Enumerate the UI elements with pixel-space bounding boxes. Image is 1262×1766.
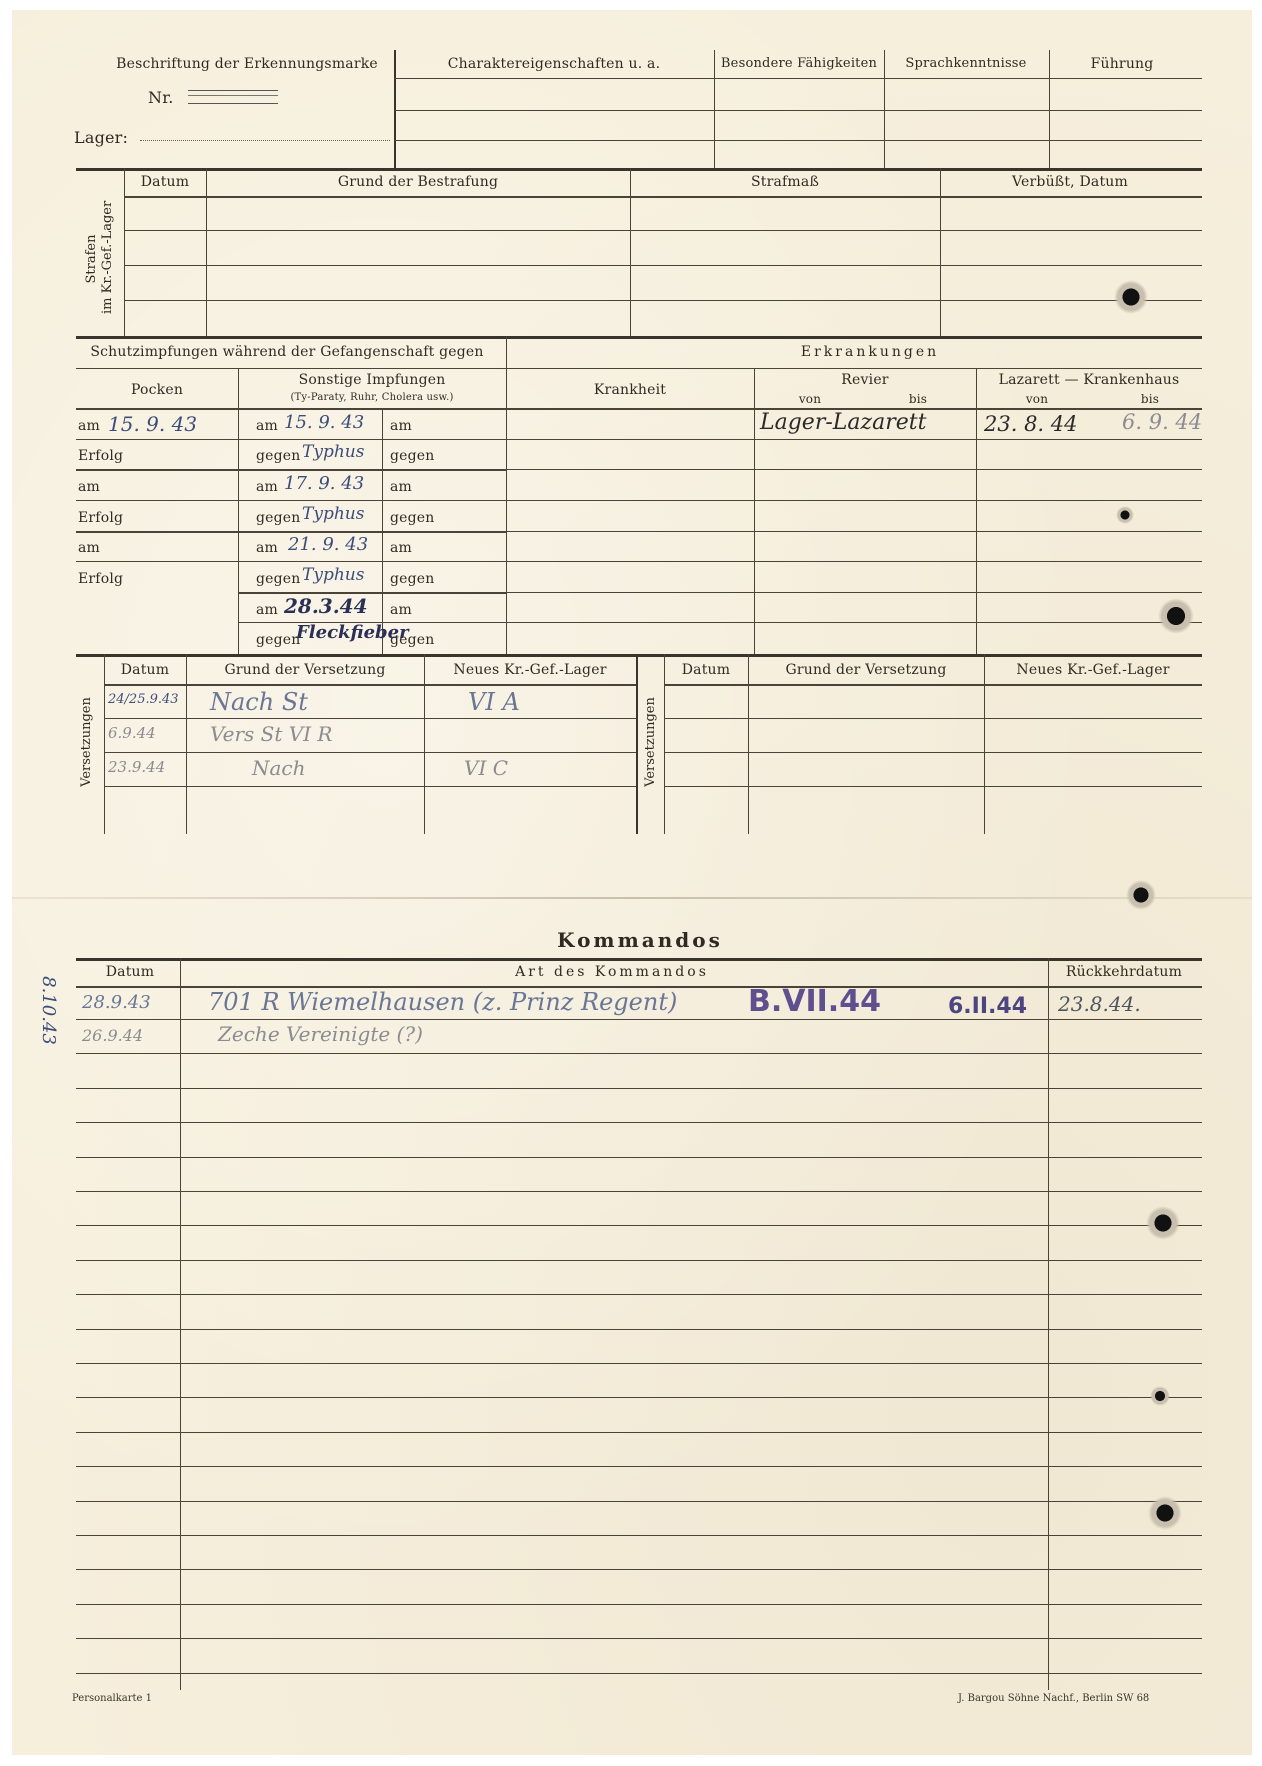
form-name: Personalkarte 1: [72, 1693, 152, 1704]
ruled-line: [76, 1294, 1202, 1295]
ruled-line: [76, 1638, 1202, 1639]
ruled-line: [76, 1604, 1202, 1605]
divider: [1049, 50, 1050, 168]
transfer-date-3: 23.9.44: [108, 758, 165, 776]
vaccine-date-4: 28.3.44: [284, 594, 368, 618]
punch-hole: [1150, 1386, 1170, 1406]
ruled-line: [76, 1535, 1202, 1536]
lazarett-from: 23. 8. 44: [984, 412, 1078, 436]
vaccine-against-2: Typhus: [302, 504, 364, 524]
stamp-2: 6.II.44: [948, 994, 1027, 1019]
col-illness: Krankheit: [594, 382, 666, 398]
kommando-date-1: 28.9.43: [82, 992, 151, 1013]
personnel-card: Beschriftung der Erkennungsmarke Nr. Lag…: [12, 10, 1252, 1755]
divider: [714, 50, 715, 168]
ruled-line: [76, 1397, 1202, 1398]
ruled-line: [76, 1466, 1202, 1467]
transfers-side-label-right: Versetzungen: [643, 687, 663, 797]
col-revier: Revier: [841, 372, 888, 388]
kommandos-title: Kommandos: [557, 928, 723, 952]
transfers-side-label-left: Versetzungen: [79, 687, 99, 797]
pocken-date-1: 15. 9. 43: [108, 412, 197, 436]
col-other-vaccines-sub: (Ty-Paraty, Ruhr, Cholera usw.): [290, 392, 453, 403]
margin-note: 8.10.43: [38, 976, 59, 1045]
punch-hole: [1116, 506, 1134, 524]
col-character: Charaktereigenschaften u. a.: [448, 56, 661, 72]
ruled-line: [76, 1673, 1202, 1674]
illnesses-heading: Erkrankungen: [801, 344, 939, 360]
nr-field: [188, 90, 278, 104]
punch-hole: [1158, 598, 1194, 634]
punch-hole: [1126, 880, 1156, 910]
ruled-line: [76, 1363, 1202, 1364]
ruled-line: [76, 1122, 1202, 1123]
ruled-line: [76, 1501, 1202, 1502]
ruled-line: [76, 1019, 1202, 1020]
vaccine-against-1: Typhus: [302, 442, 364, 462]
ruled-line: [76, 1432, 1202, 1433]
col-abilities: Besondere Fähigkeiten: [721, 56, 877, 71]
kommando-type-2: Zeche Vereinigte (?): [218, 1022, 423, 1046]
transfer-camp-1: VI A: [468, 688, 520, 716]
transfer-reason-2: Vers St VI R: [210, 722, 332, 746]
ruled-line: [76, 1569, 1202, 1570]
ruled-line: [76, 1225, 1202, 1226]
ruled-line: [76, 1191, 1202, 1192]
kommando-return-1: 23.8.44.: [1058, 992, 1141, 1016]
stamp-1: B.VII.44: [748, 984, 881, 1019]
ruled-line: [76, 1329, 1202, 1330]
printer-imprint: J. Bargou Söhne Nachf., Berlin SW 68: [958, 1693, 1149, 1704]
transfer-camp-3: VI C: [464, 756, 508, 780]
vaccine-date-3: 21. 9. 43: [288, 534, 368, 555]
divider: [884, 50, 885, 168]
punch-hole: [1114, 280, 1148, 314]
vaccine-against-3: Typhus: [302, 565, 364, 585]
col-reason: Grund der Bestrafung: [338, 174, 498, 190]
revier-entry: Lager-Lazarett: [760, 410, 926, 435]
ruled-line: [76, 1157, 1202, 1158]
col-date: Datum: [141, 174, 190, 190]
kommando-date-2: 26.9.44: [82, 1026, 143, 1045]
lazarett-to: 6. 9. 44: [1122, 410, 1202, 434]
col-served: Verbüßt, Datum: [1012, 174, 1128, 190]
lager-label: Lager:: [74, 128, 128, 147]
col-languages: Sprachkenntnisse: [905, 56, 1026, 71]
punishments-side-label: Strafen im Kr.-Gef.-Lager: [84, 204, 118, 314]
col-pocken: Pocken: [131, 382, 183, 398]
transfer-date-1: 24/25.9.43: [108, 692, 179, 707]
lager-field: [140, 140, 390, 141]
kommando-type-1: 701 R Wiemelhausen (z. Prinz Regent): [208, 988, 677, 1016]
vaccinations-heading: Schutzimpfungen während der Gefangenscha…: [90, 344, 483, 360]
vaccine-date-2: 17. 9. 43: [284, 473, 364, 494]
punch-hole: [1146, 1206, 1180, 1240]
col-other-vaccines: Sonstige Impfungen: [299, 372, 446, 388]
ruled-line: [76, 1088, 1202, 1089]
tag-heading: Beschriftung der Erkennungsmarke: [116, 56, 378, 72]
divider: [394, 50, 396, 168]
ruled-line: [76, 1053, 1202, 1054]
punch-hole: [1148, 1496, 1182, 1530]
transfer-date-2: 6.9.44: [108, 724, 156, 742]
col-penalty: Strafmaß: [751, 174, 819, 190]
col-lazarett: Lazarett — Krankenhaus: [999, 372, 1180, 388]
nr-label: Nr.: [148, 88, 174, 107]
transfer-reason-1: Nach St: [210, 688, 308, 716]
col-conduct: Führung: [1091, 56, 1154, 72]
vaccine-date-1: 15. 9. 43: [284, 412, 364, 433]
fold-crease: [12, 897, 1252, 899]
transfer-reason-3: Nach: [252, 756, 306, 780]
ruled-line: [76, 1260, 1202, 1261]
